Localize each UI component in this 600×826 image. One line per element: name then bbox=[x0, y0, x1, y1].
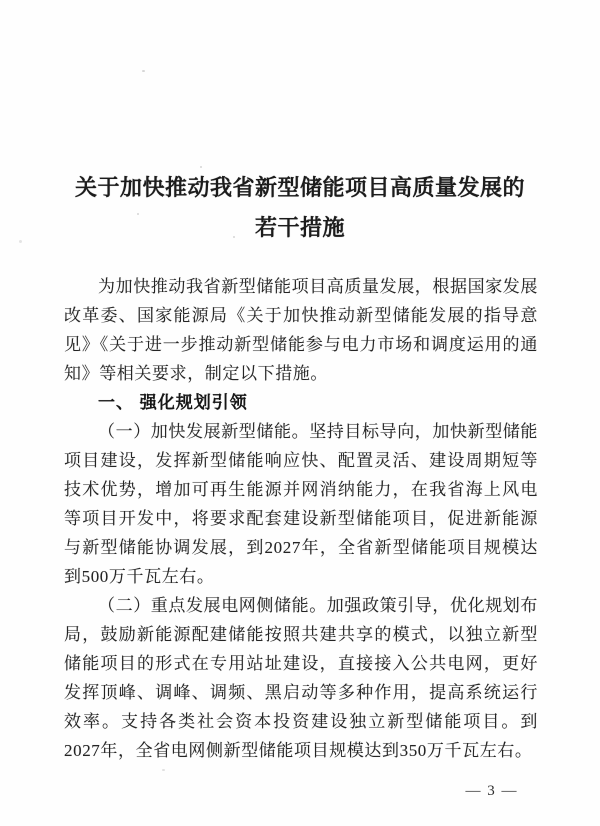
document-title: 关于加快推动我省新型储能项目高质量发展的若干措施 bbox=[0, 0, 600, 248]
scan-speck bbox=[233, 236, 235, 238]
document-title-line1: 关于加快推动我省新型储能项目高质量发展的 bbox=[75, 175, 525, 200]
measure-2-paragraph: （二）重点发展电网侧储能。加强政策引导，优化规划布局，鼓励新能源配建储能按照共建… bbox=[64, 591, 538, 765]
intro-paragraph: 为加快推动我省新型储能项目高质量发展，根据国家发展改革委、国家能源局《关于加快推… bbox=[64, 272, 538, 388]
scan-speck bbox=[142, 70, 145, 72]
document-page: 关于加快推动我省新型储能项目高质量发展的若干措施 为加快推动我省新型储能项目高质… bbox=[0, 0, 600, 826]
measure-1-paragraph: （一）加快发展新型储能。坚持目标导向，加快新型储能项目建设，发挥新型储能响应快、… bbox=[64, 417, 538, 591]
scan-speck bbox=[19, 240, 22, 243]
scan-speck bbox=[200, 166, 202, 168]
page-number: — 3 — bbox=[466, 783, 519, 800]
document-body: 为加快推动我省新型储能项目高质量发展，根据国家发展改革委、国家能源局《关于加快推… bbox=[64, 272, 538, 765]
section-1-heading: 一、 强化规划引领 bbox=[64, 388, 538, 417]
scan-speck bbox=[137, 213, 139, 215]
scan-speck bbox=[162, 769, 165, 771]
document-title-line2: 若干措施 bbox=[255, 215, 345, 240]
